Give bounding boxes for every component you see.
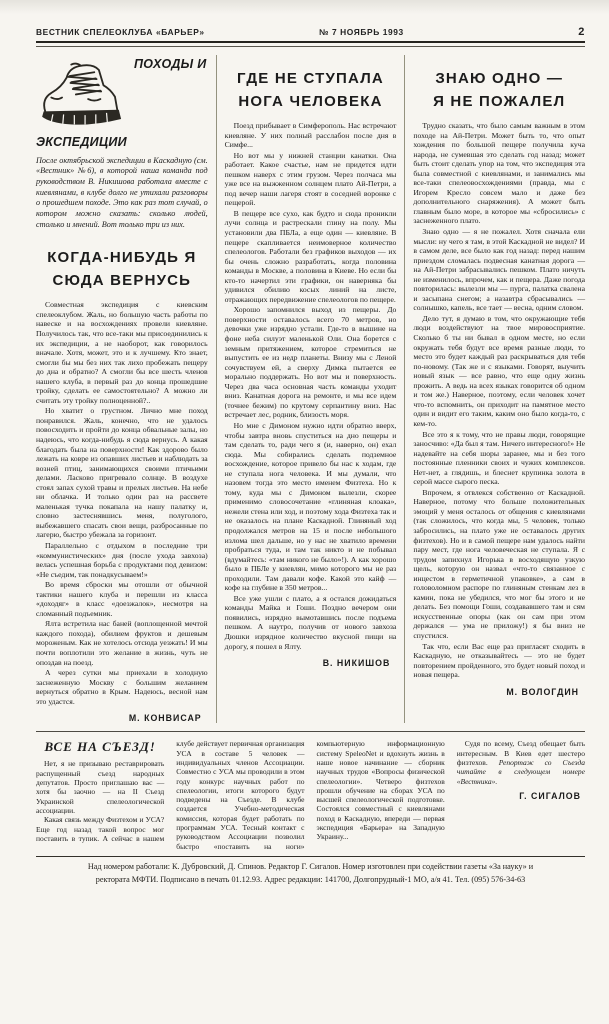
congress-paragraph: Судя по всему, Съезд обещает быть интере…: [457, 739, 585, 785]
section-divider: [36, 731, 585, 732]
page-header: ВЕСТНИК СПЕЛЕОКЛУБА «БАРЬЕР» № 7 НОЯБРЬ …: [36, 26, 585, 38]
article1-paragraph: Но хватит о грустном. Лично мне поход по…: [36, 406, 208, 540]
headline-line: НОГА ЧЕЛОВЕКА: [238, 93, 382, 110]
article3-paragraph: Впрочем, я отвлекся собственно от Каскад…: [413, 488, 585, 641]
newspaper-page: ВЕСТНИК СПЕЛЕОКЛУБА «БАРЬЕР» № 7 НОЯБРЬ …: [0, 0, 609, 1024]
congress-title: ВСЕ НА СЪЕЗД!: [36, 739, 164, 755]
kicker-title-line1: ПОХОДЫ И: [134, 57, 207, 71]
article1-paragraph: Параллельно с отдыхом в последние три «к…: [36, 541, 208, 579]
imprint-line1: Над номером работали: К. Дубровский, Д. …: [36, 861, 585, 873]
article1-byline: М. КОНВИСАР: [36, 713, 202, 723]
article3-headline: ЗНАЮ ОДНО — Я НЕ ПОЖАЛЕЛ: [413, 68, 585, 113]
article1-paragraph: Во время сброски мы отошли от обычной та…: [36, 580, 208, 618]
article2-paragraph: Хорошо запомнился выход из пещеры. До по…: [225, 305, 397, 420]
kicker-text: После октябрьской экспедиции в Каскадную…: [36, 156, 208, 231]
article1-headline: КОГДА-НИБУДЬ Я СЮДА ВЕРНУСЬ: [36, 247, 208, 292]
imprint-line2: ректората МФТИ. Подписано в печать 01.12…: [36, 874, 585, 886]
column-left: ПОХОДЫ И ЭКСПЕДИЦИИ После октябрьской эк…: [36, 55, 216, 723]
expeditions-kicker-box: ПОХОДЫ И ЭКСПЕДИЦИИ После октябрьской эк…: [36, 57, 208, 230]
column-middle: ГДЕ НЕ СТУПАЛА НОГА ЧЕЛОВЕКА Поезд прибы…: [216, 55, 405, 723]
article1-paragraph: Ялта встретила нас баней (воплощенной ме…: [36, 619, 208, 667]
headline-line: СЮДА ВЕРНУСЬ: [53, 272, 192, 289]
header-divider: [36, 41, 585, 47]
hiking-boot-icon: [36, 59, 128, 133]
headline-line: ГДЕ НЕ СТУПАЛА: [237, 70, 384, 87]
article2-paragraph: Поезд прибывает в Симферополь. Нас встре…: [225, 121, 397, 150]
issue-info: № 7 НОЯБРЬ 1993: [319, 27, 404, 37]
article1-paragraph: А через сутки мы приехали в холодную зас…: [36, 668, 208, 706]
headline-line: Я НЕ ПОЖАЛЕЛ: [433, 93, 565, 110]
column-right: ЗНАЮ ОДНО — Я НЕ ПОЖАЛЕЛ Трудно сказать,…: [404, 55, 585, 723]
article2-paragraph: Все уже ушли с плато, а я остался дожида…: [225, 594, 397, 651]
congress-byline: Г. СИГАЛОВ: [457, 791, 581, 802]
article3-paragraph: Все это я к тому, что не правы люди, гов…: [413, 430, 585, 487]
article3-paragraph: Трудно сказать, что было самым важным в …: [413, 121, 585, 226]
article2-headline: ГДЕ НЕ СТУПАЛА НОГА ЧЕЛОВЕКА: [225, 68, 397, 113]
headline-line: КОГДА-НИБУДЬ Я: [47, 249, 196, 266]
article3-paragraph: Знаю одно — я не пожалел. Хотя сначала е…: [413, 227, 585, 313]
article2-paragraph: Но мне с Димоном нужно идти обратно ввер…: [225, 421, 397, 593]
article2-paragraph: Но вот мы у нижней станции канатки. Она …: [225, 151, 397, 208]
congress-paragraph: Нет, я не призываю реставрировать распущ…: [36, 759, 164, 815]
masthead-title: ВЕСТНИК СПЕЛЕОКЛУБА «БАРЬЕР»: [36, 27, 205, 37]
kicker-title-line2: ЭКСПЕДИЦИИ: [36, 135, 127, 149]
article2-byline: В. НИКИШОВ: [225, 658, 391, 668]
article3-paragraph: Так что, если Вас еще раз пригласят сход…: [413, 642, 585, 680]
congress-section: ВСЕ НА СЪЕЗД! Нет, я не призываю реставр…: [36, 739, 585, 851]
article3-byline: М. ВОЛОГДИН: [413, 687, 579, 697]
page-number: 2: [578, 26, 585, 38]
article2-paragraph: В пещере все сухо, как будто и сюда прон…: [225, 209, 397, 304]
headline-line: ЗНАЮ ОДНО —: [435, 70, 563, 87]
article1-paragraph: Совместная экспедиция с киевским спелеок…: [36, 300, 208, 405]
article3-paragraph: Дело тут, я думаю в том, что окружающие …: [413, 314, 585, 429]
congress-columns: ВСЕ НА СЪЕЗД! Нет, я не призываю реставр…: [36, 739, 585, 851]
imprint-footer: Над номером работали: К. Дубровский, Д. …: [36, 857, 585, 886]
articles-columns: ПОХОДЫ И ЭКСПЕДИЦИИ После октябрьской эк…: [36, 55, 585, 723]
